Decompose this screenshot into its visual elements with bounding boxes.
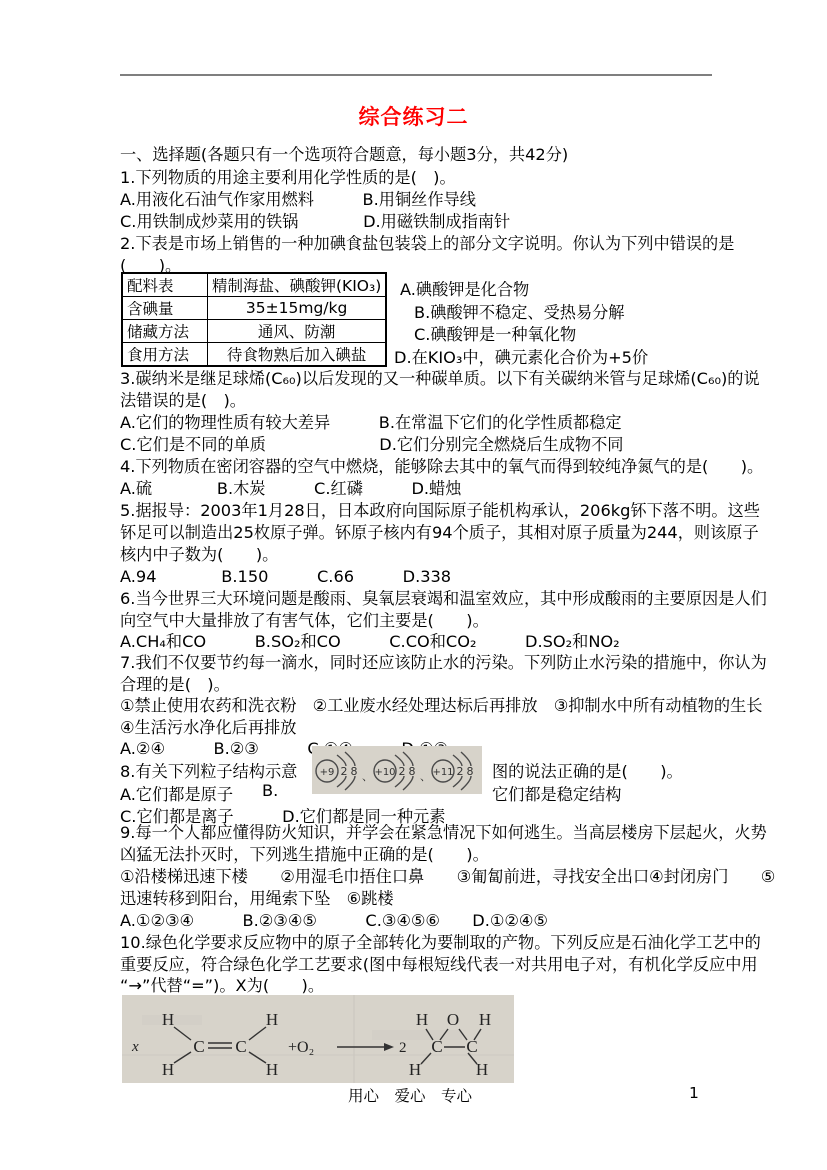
q9-items-line1: ①沿楼梯迅速下楼 ②用湿毛巾捂住口鼻 ③匍匐前进，寻找安全出口④封闭房门 ⑤ xyxy=(120,866,760,888)
q8-option-b-label: B. xyxy=(262,781,278,800)
atom-o: O xyxy=(447,1010,459,1029)
separator: 、 xyxy=(420,770,431,783)
q10-stem-line2: 重要反应，符合绿色化学工艺要求(图中每根短线代表一对共用电子对，有机化学反应中用 xyxy=(120,954,760,976)
section-header: 一、选择题(各题只有一个选项符合题意，每小题3分，共42分) xyxy=(120,144,760,166)
q8-option-b-text: 它们都是稳定结构 xyxy=(492,781,622,805)
q2-option-b: B.碘酸钾不稳定、受热易分解 xyxy=(390,299,648,322)
reaction-scheme-diagram: x H H C C H H +O₂ 2 H O H C xyxy=(122,995,514,1083)
q8-stem-prefix: 8.有关下列粒子结构示意 xyxy=(120,758,297,782)
atom-h: H xyxy=(409,1060,421,1079)
q7-stem-line1: 7.我们不仅要节约每一滴水，同时还应该防止水的污染。下列防止水污染的措施中，你认… xyxy=(120,652,760,674)
q5-options: A.94 B.150 C.66 D.338 xyxy=(120,566,760,588)
q8-option-a: A.它们都是原子 xyxy=(120,781,233,805)
q2-option-c: C.碘酸钾是一种氧化物 xyxy=(390,321,648,344)
table-cell-label: 含碘量 xyxy=(122,297,208,320)
q2-option-a: A.碘酸钾是化合物 xyxy=(390,276,648,299)
q6-stem-line1: 6.当今世界三大环境问题是酸雨、臭氧层衰竭和温室效应，其中形成酸雨的主要原因是人… xyxy=(120,588,760,610)
header-divider xyxy=(120,74,712,76)
atom-h: H xyxy=(266,1010,278,1029)
q9-stem-line2: 凶猛无法扑灭时，下列逃生措施中正确的是( )。 xyxy=(120,844,760,866)
shell-electrons: 8 xyxy=(467,765,474,778)
q9-items-line2: 迅速转移到阳台，用绳索下坠 ⑥跳楼 xyxy=(120,888,760,910)
atom-h: H xyxy=(162,1060,174,1079)
q6-stem-line2: 向空气中大量排放了有害气体，它们主要是( )。 xyxy=(120,610,760,632)
reagent-plus-o2: +O₂ xyxy=(288,1039,314,1056)
atom-h: H xyxy=(162,1010,174,1029)
reaction-scheme-image: x H H C C H H +O₂ 2 H O H C xyxy=(122,995,514,1083)
table-row: 储藏方法 通风、防潮 xyxy=(122,320,386,343)
q10-stem-line1: 10.绿色化学要求反应物中的原子全部转化为要制取的产物。下列反应是石油化学工艺中… xyxy=(120,932,760,954)
page-title: 综合练习二 xyxy=(0,101,827,131)
shell-electrons: 2 xyxy=(457,765,464,778)
q9-stem-line1: 9.每一个人都应懂得防火知识，并学会在紧急情况下如何逃生。当高层楼房下层起火，火… xyxy=(120,822,760,844)
q5-stem-line3: 核内中子数为( )。 xyxy=(120,544,760,566)
footer-motto: 用心 爱心 专心 xyxy=(348,1084,472,1106)
table-cell-value: 35±15mg/kg xyxy=(208,297,387,320)
q8-block: 8.有关下列粒子结构示意 图的说法正确的是( )。 A.它们都是原子 B. 它们… xyxy=(120,750,760,822)
q2-stem-line1: 2.下表是市场上销售的一种加碘食盐包装袋上的部分文字说明。你认为下列中错误的是 xyxy=(120,233,760,255)
reaction-coefficient-2: 2 xyxy=(399,1040,407,1056)
q9-options: A.①②③④ B.②③④⑤ C.③④⑤⑥ D.①②④⑤ xyxy=(120,910,760,932)
table-row: 配料表 精制海盐、碘酸钾(KIO₃) xyxy=(122,273,386,297)
nucleus-charge: +11 xyxy=(432,767,453,778)
salt-package-table: 配料表 精制海盐、碘酸钾(KIO₃) 含碘量 35±15mg/kg 储藏方法 通… xyxy=(121,272,387,367)
shell-electrons: 2 xyxy=(341,765,348,778)
table-row: 含碘量 35±15mg/kg xyxy=(122,297,386,320)
q6-options: A.CH₄和CO B.SO₂和CO C.CO和CO₂ D.SO₂和NO₂ xyxy=(120,631,760,653)
table-cell-value: 通风、防潮 xyxy=(208,320,387,343)
q1-stem: 1.下列物质的用途主要利用化学性质的是( )。 xyxy=(120,167,760,189)
atom-h: H xyxy=(476,1060,488,1079)
shell-electrons: 8 xyxy=(351,765,358,778)
nucleus-charge: +10 xyxy=(374,767,395,778)
reaction-arrow xyxy=(384,1043,394,1051)
q3-options-ab: A.它们的物理性质有较大差异 B.在常温下它们的化学性质都稳定 xyxy=(120,412,760,434)
reaction-coefficient-x: x xyxy=(131,1039,139,1055)
table-cell-value: 待食物熟后加入碘盐 xyxy=(208,343,387,367)
atom-h: H xyxy=(266,1060,278,1079)
atom-h: H xyxy=(416,1010,428,1029)
q3-stem-line2: 法错误的是( )。 xyxy=(120,390,760,412)
particle-structure-image: +9 2 8 、 +10 2 8 、 +11 xyxy=(312,746,482,794)
exam-page: 综合练习二 一、选择题(各题只有一个选项符合题意，每小题3分，共42分) 1.下… xyxy=(0,0,827,1170)
separator: 、 xyxy=(362,770,373,783)
footer-page-number: 1 xyxy=(689,1084,699,1102)
q2-option-d: D.在KIO₃中，碘元素化合价为+5价 xyxy=(390,344,648,367)
q5-stem-line2: 钚足可以制造出25枚原子弹。钚原子核内有94个质子，其相对原子质量为244，则该… xyxy=(120,522,760,544)
atom-c: C xyxy=(193,1037,204,1056)
table-cell-label: 储藏方法 xyxy=(122,320,208,343)
q7-items-line2: ④生活污水净化后再排放 xyxy=(120,717,760,739)
q1-options-ab: A.用液化石油气作家用燃料 B.用铜丝作导线 xyxy=(120,189,760,211)
q10-stem-line3: “→”代替“=”)。X为( )。 xyxy=(120,975,760,997)
table-cell-label: 食用方法 xyxy=(122,343,208,367)
q4-options: A.硫 B.木炭 C.红磷 D.蜡烛 xyxy=(120,478,760,500)
table-cell-label: 配料表 xyxy=(122,273,208,297)
atom-h: H xyxy=(479,1010,491,1029)
q7-stem-line2: 合理的是( )。 xyxy=(120,674,760,696)
q2-options: A.碘酸钾是化合物 B.碘酸钾不稳定、受热易分解 C.碘酸钾是一种氧化物 D.在… xyxy=(390,276,648,366)
shell-electrons: 2 xyxy=(399,765,406,778)
particle-structure-diagram: +9 2 8 、 +10 2 8 、 +11 xyxy=(312,746,482,794)
q8-stem-suffix: 图的说法正确的是( )。 xyxy=(492,758,683,782)
q7-items-line1: ①禁止使用农药和洗衣粉 ②工业废水经处理达标后再排放 ③抑制水中所有动植物的生长 xyxy=(120,695,760,717)
q3-options-cd: C.它们是不同的单质 D.它们分别完全燃烧后生成物不同 xyxy=(120,434,760,456)
q1-options-cd: C.用铁制成炒菜用的铁锅 D.用磁铁制成指南针 xyxy=(120,211,760,233)
table-cell-value: 精制海盐、碘酸钾(KIO₃) xyxy=(208,273,387,297)
q3-stem-line1: 3.碳纳米是继足球烯(C₆₀)以后发现的又一种碳单质。以下有关碳纳米管与足球烯(… xyxy=(120,368,760,390)
q5-stem-line1: 5.据报导：2003年1月28日，日本政府向国际原子能机构承认，206kg钚下落… xyxy=(120,500,760,522)
nucleus-charge: +9 xyxy=(320,767,335,778)
shell-electrons: 8 xyxy=(409,765,416,778)
table-row: 食用方法 待食物熟后加入碘盐 xyxy=(122,343,386,367)
atom-c: C xyxy=(235,1037,246,1056)
q4-stem: 4.下列物质在密闭容器的空气中燃烧，能够除去其中的氧气而得到较纯净氮气的是( )… xyxy=(120,456,760,478)
